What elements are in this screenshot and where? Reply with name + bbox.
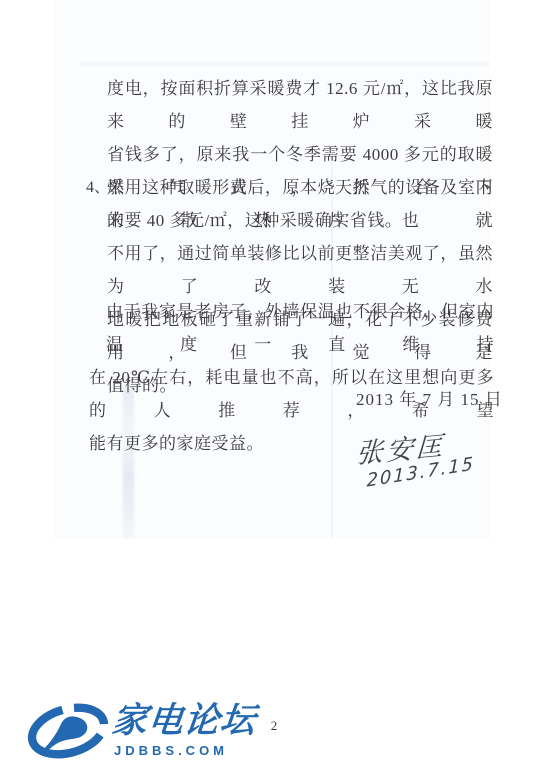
letter-line: 度电，按面积折算采暖费才 12.6 元/㎡，这比我原来的壁挂炉采暖 bbox=[107, 72, 493, 138]
scanned-letter-page: 度电，按面积折算采暖费才 12.6 元/㎡，这比我原来的壁挂炉采暖 省钱多了，原… bbox=[0, 0, 547, 772]
letter-line: 由于我家是老房子，外墙保温也不很合格，但室内温度一直维持 bbox=[89, 295, 494, 361]
page-number: 2 bbox=[262, 718, 286, 734]
letter-line: 采用这种取暖形式后，原本烧天然气的设备及室内的散热片也就 bbox=[107, 171, 493, 237]
letter-line: 不用了，通过简单装修比以前更整洁美观了，虽然为了改装无水 bbox=[107, 237, 493, 303]
forum-logo: 家电论坛 JDBBS.COM bbox=[26, 698, 256, 764]
swirl-logo-icon bbox=[26, 700, 110, 767]
forum-logo-name: 家电论坛 bbox=[110, 702, 258, 740]
date-line: 2013 年 7 月 15 日 bbox=[356, 387, 503, 413]
forum-logo-url: JDBBS.COM bbox=[114, 743, 228, 758]
